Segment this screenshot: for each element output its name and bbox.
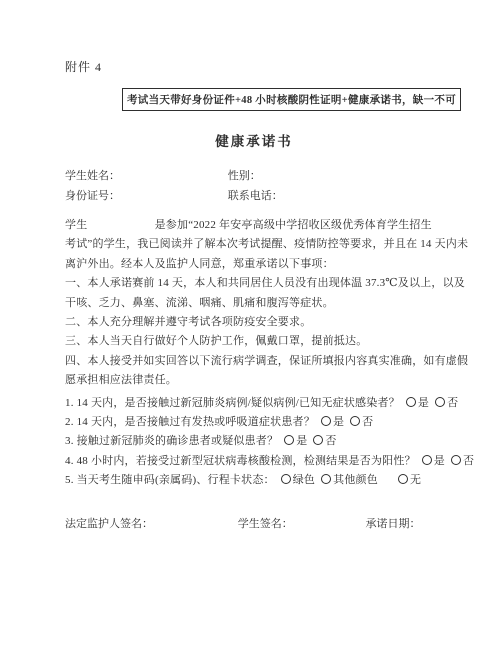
question-2-text: 2. 14 天内，是否接触过有发热或呼吸道症状患者？ — [65, 416, 315, 428]
question-4-text: 4. 48 小时内，若接受过新型冠状病毒核酸检测，检测结果是否为阳性？ — [65, 455, 416, 467]
radio-circle-icon — [321, 474, 331, 484]
body-line-2: 考试”的学生，我已阅读并了解本次考试提醒、疫情防控等要求，并且在 14 天内未 — [65, 235, 443, 254]
question-4-option-yes: 是 — [422, 455, 445, 467]
question-3-option-no: 否 — [313, 435, 336, 447]
document-page: 附件 4 考试当天带好身份证件+48 小时核酸阴性证明+健康承诺书，缺一不可 健… — [0, 0, 500, 647]
question-1-option-yes: 是 — [406, 397, 429, 409]
body-line-4: 一、本人承诺赛前 14 天，本人和共同居住人员没有出现体温 37.3℃及以上，以… — [65, 274, 443, 293]
option-label: 否 — [325, 435, 336, 447]
body-line-8: 四、本人接受并如实回答以下流行病学调查，保证所填报内容真实准确，如有虚假 — [65, 352, 443, 371]
commitment-date-label: 承诺日期： — [366, 518, 421, 530]
page-title: 健康承诺书 — [65, 130, 443, 150]
option-label: 其他颜色 — [333, 474, 378, 486]
body-line-9: 愿承担相应法律责任。 — [65, 371, 443, 390]
question-5: 5. 当天考生随申码(亲属码)、行程卡状态：绿色其他颜色无 — [65, 471, 443, 490]
radio-circle-icon — [451, 455, 461, 465]
radio-circle-icon — [435, 397, 445, 407]
option-label: 否 — [362, 416, 373, 428]
radio-circle-icon — [281, 474, 291, 484]
option-label: 绿色 — [293, 474, 315, 486]
field-row-2: 身份证号： 联系电话： — [65, 186, 443, 206]
phone-label: 联系电话： — [228, 190, 283, 202]
question-2-option-yes: 是 — [321, 416, 344, 428]
question-5-option-none: 无 — [398, 474, 421, 486]
student-name-label: 学生姓名： — [65, 166, 225, 186]
body-text: 学生 是参加“2022 年安亭高级中学招收区级优秀体育学生招生 考试”的学生，我… — [65, 216, 443, 391]
question-2: 2. 14 天内，是否接触过有发热或呼吸道症状患者？是否 — [65, 413, 443, 432]
question-3-text: 3. 接触过新冠肺炎的确诊患者或疑似患者？ — [65, 435, 278, 447]
gender-label: 性别： — [228, 170, 261, 182]
id-number-label: 身份证号： — [65, 186, 225, 206]
radio-circle-icon — [350, 416, 360, 426]
option-label: 否 — [447, 397, 458, 409]
radio-circle-icon — [406, 397, 416, 407]
question-5-option-other-color: 其他颜色 — [321, 474, 378, 486]
option-label: 否 — [463, 455, 474, 467]
question-3: 3. 接触过新冠肺炎的确诊患者或疑似患者？是否 — [65, 432, 443, 451]
option-label: 是 — [434, 455, 445, 467]
question-4: 4. 48 小时内，若接受过新型冠状病毒核酸检测，检测结果是否为阳性？是否 — [65, 452, 443, 471]
radio-circle-icon — [284, 435, 294, 445]
question-1-option-no: 否 — [435, 397, 458, 409]
body-line-7: 三、本人当天自行做好个人防护工作，佩戴口罩，提前抵达。 — [65, 332, 443, 351]
field-row-1: 学生姓名： 性别： — [65, 166, 443, 186]
option-label: 是 — [296, 435, 307, 447]
body-line-1: 学生 是参加“2022 年安亭高级中学招收区级优秀体育学生招生 — [65, 216, 443, 235]
notice-row: 考试当天带好身份证件+48 小时核酸阴性证明+健康承诺书，缺一不可 — [122, 88, 443, 111]
question-1: 1. 14 天内，是否接触过新冠肺炎病例/疑似病例/已知无症状感染者？是否 — [65, 394, 443, 413]
question-1-text: 1. 14 天内，是否接触过新冠肺炎病例/疑似病例/已知无症状感染者？ — [65, 397, 400, 409]
question-3-option-yes: 是 — [284, 435, 307, 447]
signature-row: 法定监护人签名： 学生签名： 承诺日期： — [65, 515, 443, 531]
attachment-label: 附件 4 — [65, 58, 443, 75]
radio-circle-icon — [422, 455, 432, 465]
radio-circle-icon — [313, 435, 323, 445]
student-signature-label: 学生签名： — [238, 515, 363, 531]
question-5-option-green: 绿色 — [281, 474, 315, 486]
question-2-option-no: 否 — [350, 416, 373, 428]
notice-box: 考试当天带好身份证件+48 小时核酸阴性证明+健康承诺书，缺一不可 — [122, 88, 461, 111]
option-label: 是 — [418, 397, 429, 409]
radio-circle-icon — [398, 474, 408, 484]
radio-circle-icon — [321, 416, 331, 426]
question-4-option-no: 否 — [451, 455, 474, 467]
option-label: 是 — [333, 416, 344, 428]
body-line-6: 二、本人充分理解并遵守考试各项防疫安全要求。 — [65, 313, 443, 332]
form-fields: 学生姓名： 性别： 身份证号： 联系电话： — [65, 166, 443, 206]
body-line-3: 离沪外出。经本人及监护人同意，郑重承诺以下事项： — [65, 255, 443, 274]
body-line-5: 干咳、乏力、鼻塞、流涕、咽痛、肌痛和腹泻等症状。 — [65, 294, 443, 313]
option-label: 无 — [410, 474, 421, 486]
guardian-signature-label: 法定监护人签名： — [65, 515, 235, 531]
survey-questions: 1. 14 天内，是否接触过新冠肺炎病例/疑似病例/已知无症状感染者？是否 2.… — [65, 394, 443, 491]
question-5-text: 5. 当天考生随申码(亲属码)、行程卡状态： — [65, 474, 275, 486]
